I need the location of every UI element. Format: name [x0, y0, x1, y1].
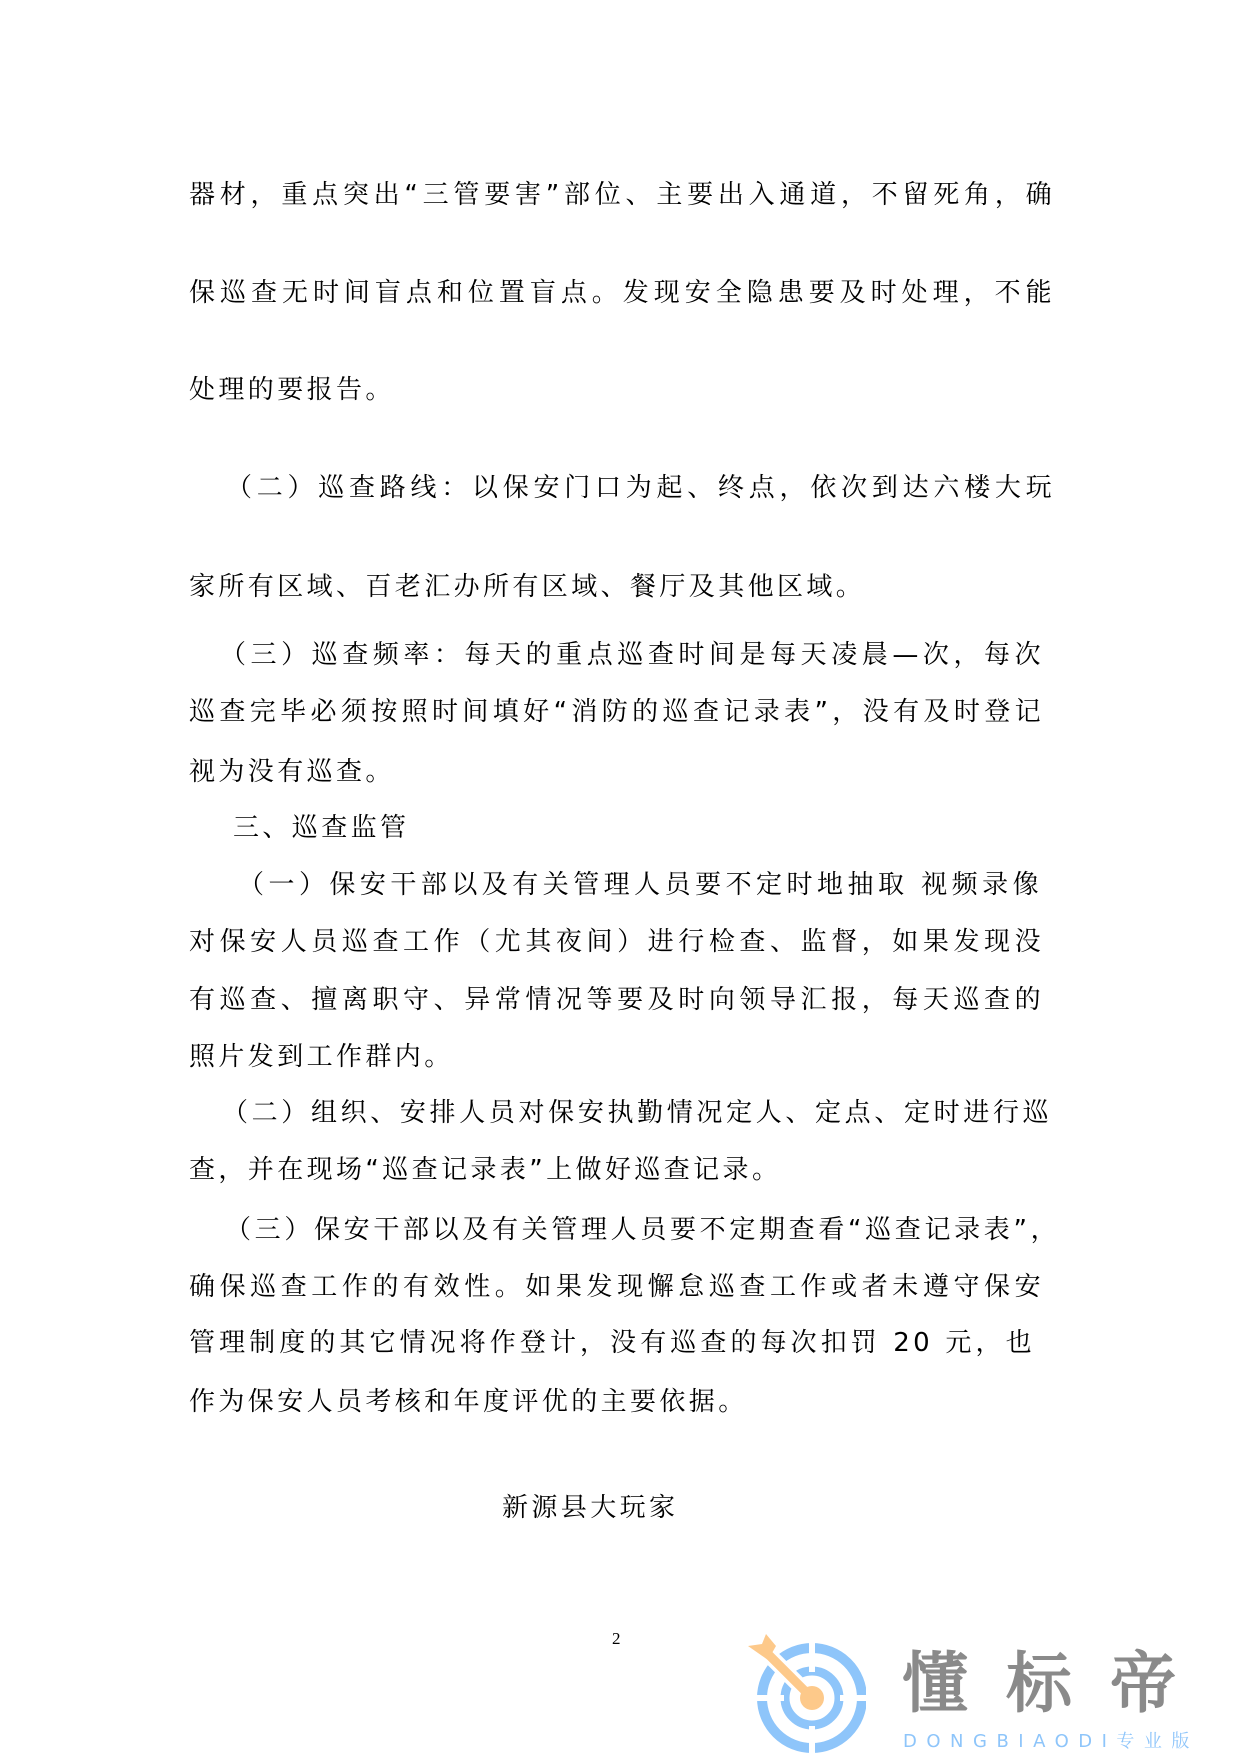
- document-page: 器材，重点突出“三管要害”部位、主要出入通道，不留死角，确 保巡查无时间盲点和位…: [0, 0, 1241, 1754]
- target-arrow-icon: [746, 1634, 866, 1754]
- body-line: 确保巡查工作的有效性。如果发现懈怠巡查工作或者未遵守保安: [189, 1271, 1044, 1303]
- body-line: 视为没有巡查。: [189, 756, 395, 788]
- brand-name-en: DONGBIAODI专业版: [903, 1731, 1209, 1753]
- subsection-heading: （二）组织、安排人员对保安执勤情况定人、定点、定时进行巡: [222, 1097, 1052, 1129]
- body-line: 查，并在现场“巡查记录表”上做好巡查记录。: [189, 1154, 781, 1186]
- body-line: 保巡查无时间盲点和位置盲点。发现安全隐患要及时处理，不能: [189, 277, 1055, 309]
- body-line: 处理的要报告。: [189, 374, 395, 406]
- watermark-logo: 懂标帝 DONGBIAODI专业版: [742, 1630, 1241, 1754]
- body-line: 有巡查、擅离职守、异常情况等要及时向领导汇报，每天巡查的: [189, 984, 1044, 1016]
- body-line: 家所有区域、百老汇办所有区域、餐厅及其他区域。: [189, 571, 865, 603]
- body-line: 器材，重点突出“三管要害”部位、主要出入通道，不留死角，确: [189, 179, 1055, 211]
- subsection-heading: （三）保安干部以及有关管理人员要不定期查看“巡查记录表”，: [225, 1214, 1060, 1246]
- section-heading: 三、巡查监管: [233, 812, 409, 844]
- subsection-heading: （三）巡查频率：每天的重点巡查时间是每天凌晨—次，每次: [220, 639, 1044, 671]
- body-line: 对保安人员巡查工作（尤其夜间）进行检查、监督，如果发现没: [189, 926, 1044, 958]
- brand-name-cn: 懂标帝: [902, 1648, 1208, 1720]
- body-line: 管理制度的其它情况将作登计，没有巡查的每次扣罚 20 元，也: [189, 1327, 1035, 1359]
- body-line: 照片发到工作群内。: [189, 1041, 454, 1073]
- page-number: 2: [612, 1628, 621, 1650]
- subsection-heading: （二）巡查路线：以保安门口为起、终点，依次到达六楼大玩: [226, 472, 1055, 504]
- body-line: 巡查完毕必须按照时间填好“消防的巡查记录表”，没有及时登记: [189, 696, 1044, 728]
- signature: 新源县大玩家: [502, 1492, 678, 1524]
- subsection-heading: （一）保安干部以及有关管理人员要不定时地抽取 视频录像: [238, 869, 1042, 901]
- body-line: 作为保安人员考核和年度评优的主要依据。: [189, 1386, 748, 1418]
